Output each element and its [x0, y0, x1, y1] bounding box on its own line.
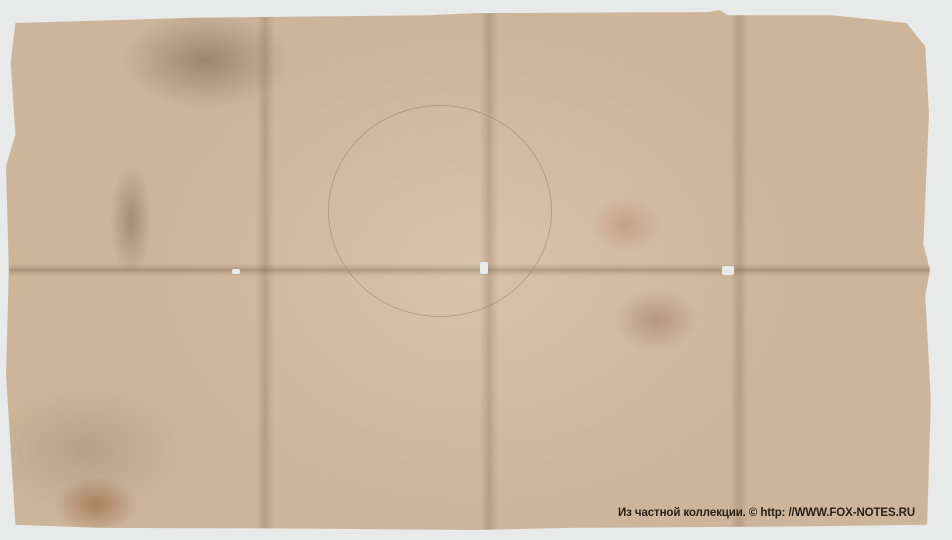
paper-hole — [232, 269, 240, 274]
paper-hole — [722, 266, 734, 275]
copyright-caption: Из частной коллекции. © http: //WWW.FOX-… — [618, 507, 915, 519]
paper-hole — [480, 262, 488, 274]
watermark-oval — [328, 105, 552, 317]
banknote-reverse — [6, 10, 944, 530]
